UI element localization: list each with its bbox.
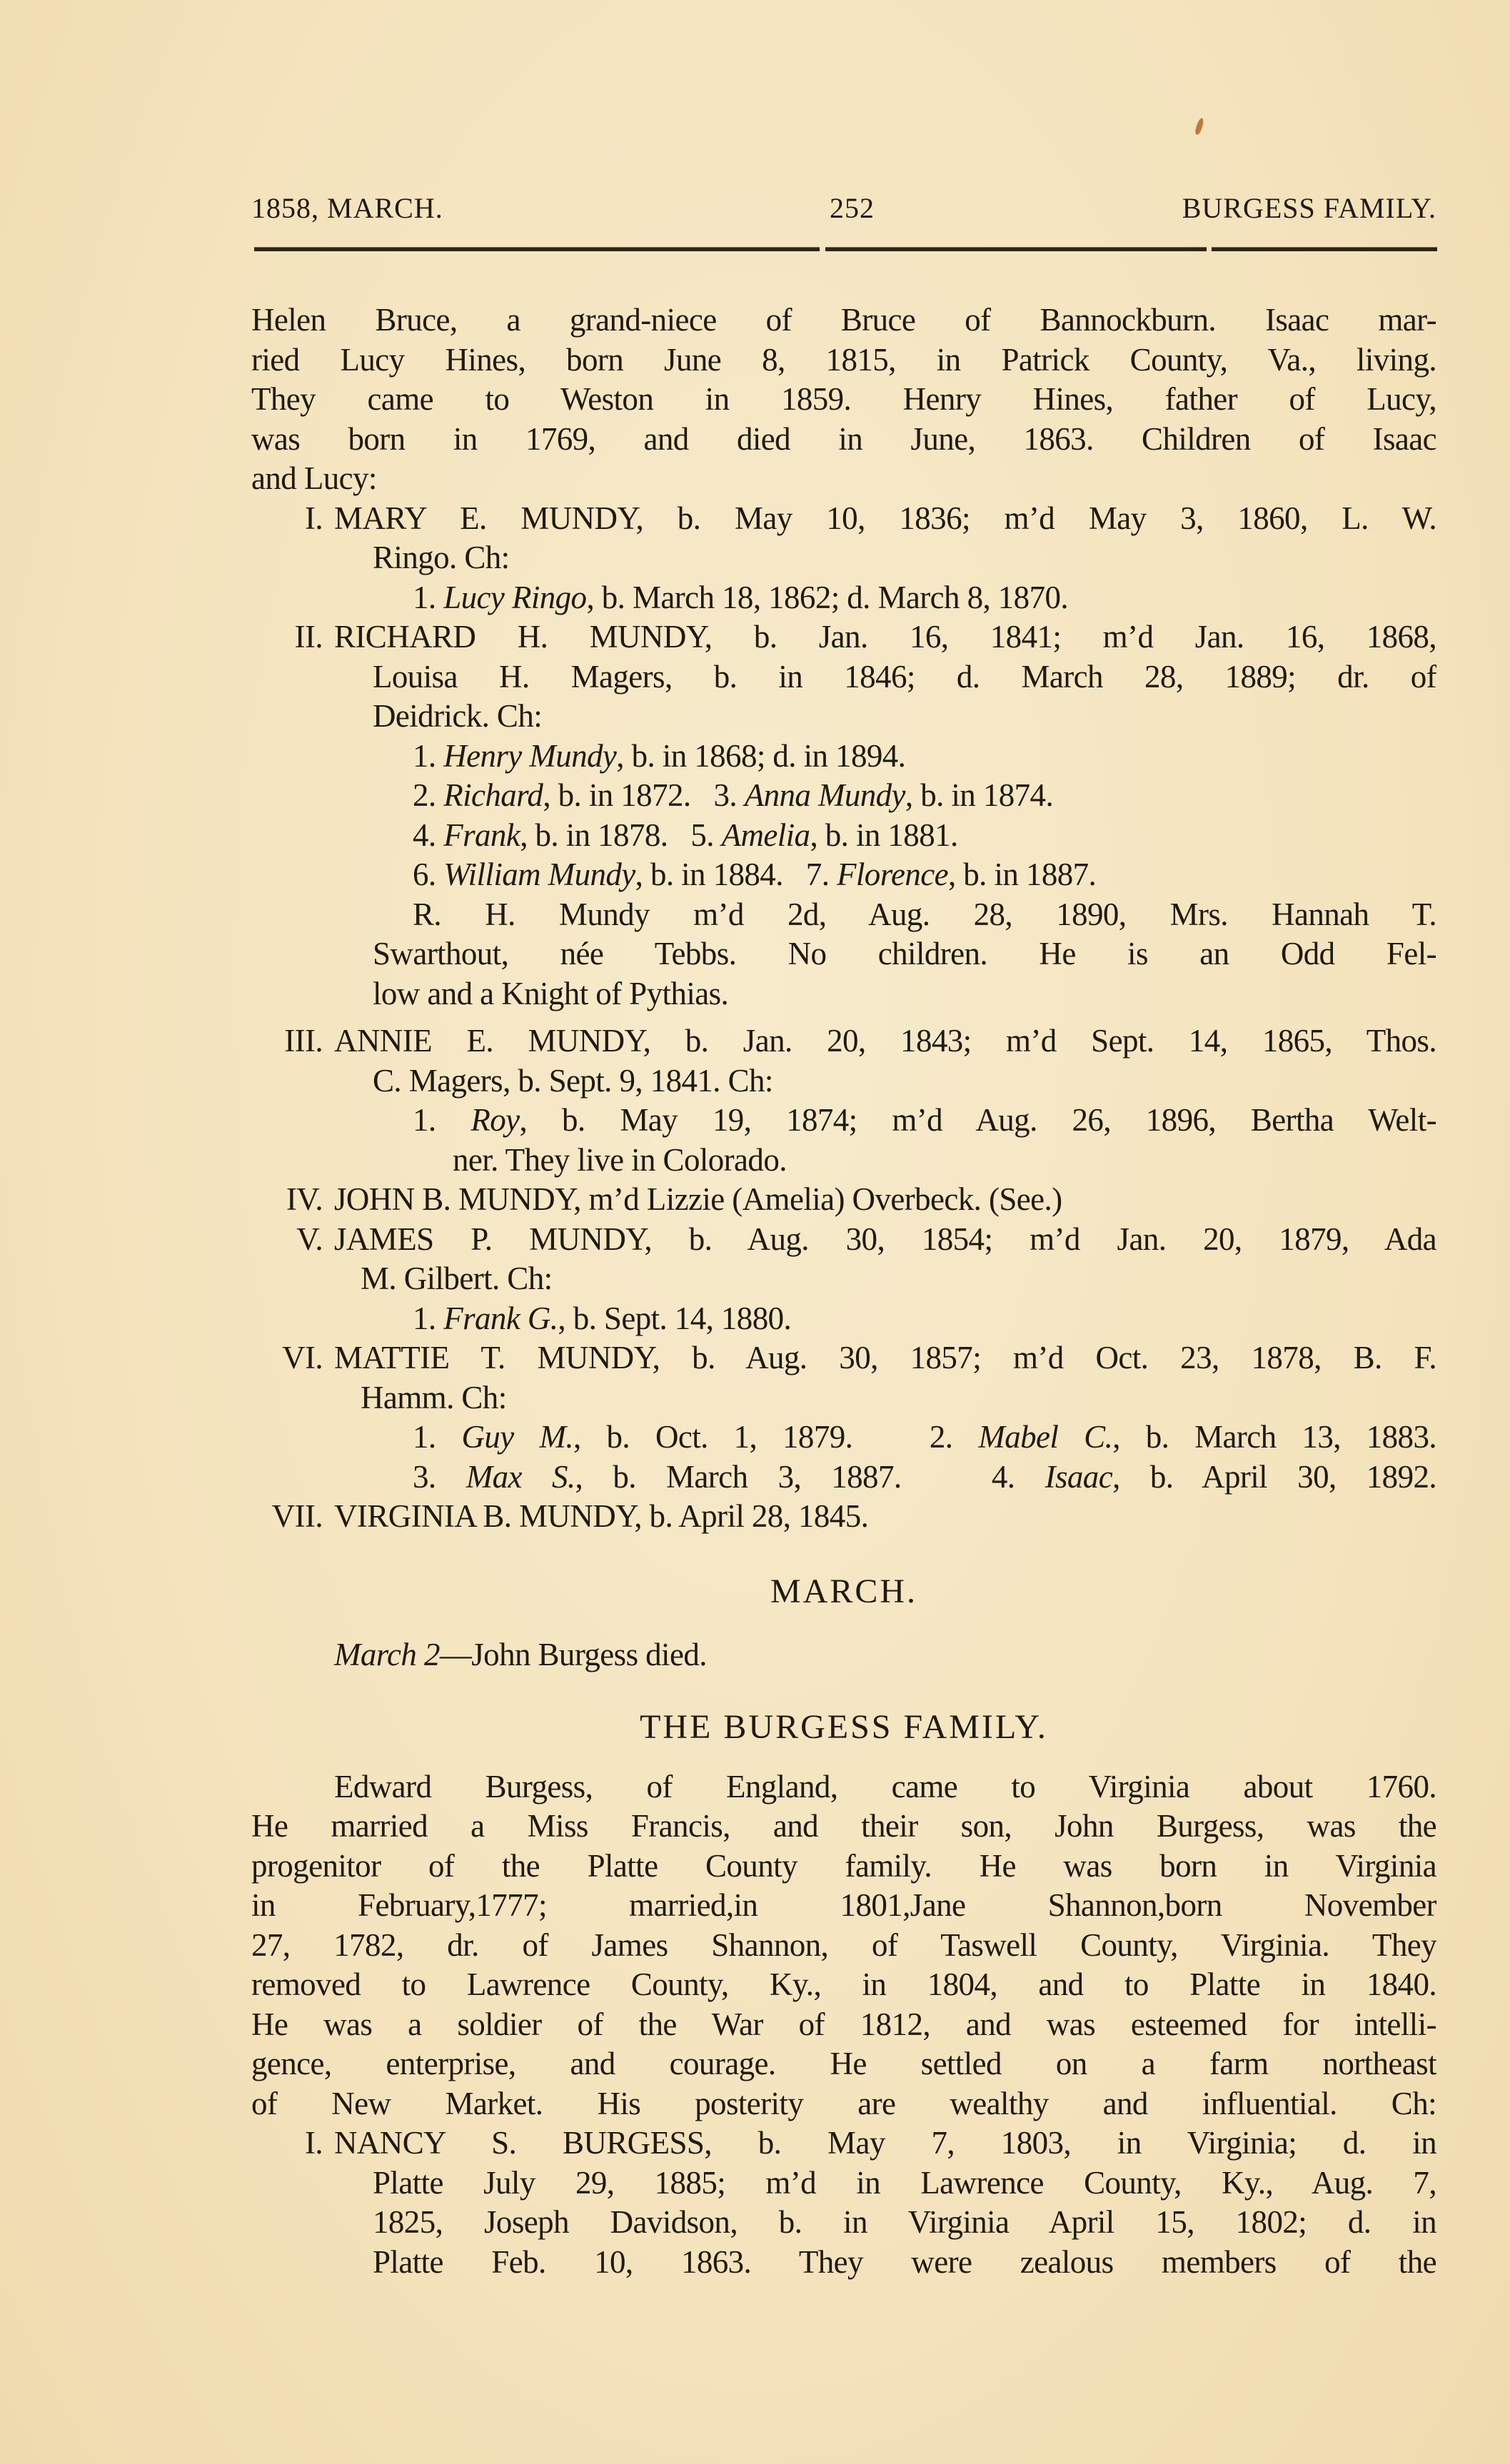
- text-line: JOHN B. MUNDY, m’d Lizzie (Amelia) Overb…: [334, 1179, 1062, 1219]
- running-head: 1858, MARCH. 252 BURGESS FAMILY.: [251, 191, 1436, 231]
- child-entry: 1. Lucy Ringo, b. March 18, 1862; d. Mar…: [413, 577, 1068, 617]
- header-rule: [1212, 247, 1437, 251]
- roman-numeral: I.: [251, 2123, 323, 2163]
- text-line: removed to Lawrence County, Ky., in 1804…: [251, 1964, 1436, 2004]
- roman-numeral: I.: [251, 498, 323, 538]
- text-line: VIRGINIA B. MUNDY, b. April 28, 1845.: [334, 1496, 868, 1536]
- text-line: ried Lucy Hines, born June 8, 1815, in P…: [251, 340, 1436, 380]
- text-line: ANNIE E. MUNDY, b. Jan. 20, 1843; m’d Se…: [334, 1021, 1436, 1061]
- page-number: 252: [830, 191, 875, 225]
- text-line: Swarthout, née Tebbs. No children. He is…: [373, 934, 1436, 974]
- section-heading-march: MARCH.: [251, 1570, 1436, 1613]
- roman-numeral: II.: [251, 617, 323, 657]
- text-line: 27, 1782, dr. of James Shannon, of Taswe…: [251, 1925, 1436, 1965]
- section-heading-burgess: THE BURGESS FAMILY.: [251, 1706, 1436, 1749]
- roman-numeral: IV.: [236, 1179, 323, 1219]
- text-line: Edward Burgess, of England, came to Virg…: [334, 1767, 1436, 1807]
- text-line: Louisa H. Magers, b. in 1846; d. March 2…: [373, 657, 1436, 697]
- text-line: C. Magers, b. Sept. 9, 1841. Ch:: [373, 1061, 773, 1101]
- child-entry: 2. Richard, b. in 1872. 3. Anna Mundy, b…: [413, 775, 1053, 815]
- child-entry: 1. Guy M., b. Oct. 1, 1879. 2. Mabel C.,…: [413, 1417, 1436, 1457]
- running-head-right: BURGESS FAMILY.: [1182, 191, 1436, 225]
- text-line: Platte Feb. 10, 1863. They were zealous …: [373, 2242, 1436, 2282]
- roman-numeral: VII.: [236, 1496, 323, 1536]
- roman-numeral: VI.: [236, 1338, 323, 1378]
- text-line: Helen Bruce, a grand-niece of Bruce of B…: [251, 300, 1436, 340]
- text-line: in February,1777; married,in 1801,Jane S…: [251, 1885, 1436, 1925]
- text-line: RICHARD H. MUNDY, b. Jan. 16, 1841; m’d …: [334, 617, 1436, 657]
- text-line: gence, enterprise, and courage. He settl…: [251, 2044, 1436, 2084]
- text-line: Ringo. Ch:: [373, 537, 510, 577]
- text-line: JAMES P. MUNDY, b. Aug. 30, 1854; m’d Ja…: [334, 1219, 1436, 1259]
- text-line: low and a Knight of Pythias.: [373, 974, 728, 1014]
- text-line: and Lucy:: [251, 458, 377, 498]
- book-page: 1858, MARCH. 252 BURGESS FAMILY. Helen B…: [0, 0, 1510, 2464]
- text-line: of New Market. His posterity are wealthy…: [251, 2084, 1436, 2124]
- roman-numeral: III.: [236, 1021, 323, 1061]
- header-rule: [825, 247, 1207, 251]
- text-line: MARY E. MUNDY, b. May 10, 1836; m’d May …: [334, 498, 1436, 538]
- paper-stain: [1194, 117, 1204, 135]
- text-line: Hamm. Ch:: [361, 1378, 507, 1418]
- roman-numeral: V.: [236, 1219, 323, 1259]
- child-entry: 1. Frank G., b. Sept. 14, 1880.: [413, 1298, 791, 1338]
- running-head-left: 1858, MARCH.: [251, 191, 443, 225]
- text-line: ner. They live in Colorado.: [453, 1140, 787, 1180]
- text-line: Deidrick. Ch:: [373, 696, 542, 736]
- child-entry: 1. Henry Mundy, b. in 1868; d. in 1894.: [413, 736, 905, 776]
- text-line: M. Gilbert. Ch:: [361, 1258, 553, 1298]
- text-line: was born in 1769, and died in June, 1863…: [251, 419, 1436, 459]
- child-entry: 3. Max S., b. March 3, 1887. 4. Isaac, b…: [413, 1457, 1436, 1497]
- text-line: R. H. Mundy m’d 2d, Aug. 28, 1890, Mrs. …: [413, 894, 1436, 934]
- text-line: He married a Miss Francis, and their son…: [251, 1806, 1436, 1846]
- text-line: MATTIE T. MUNDY, b. Aug. 30, 1857; m’d O…: [334, 1338, 1436, 1378]
- header-rule: [254, 247, 820, 251]
- child-entry: 1. Roy, b. May 19, 1874; m’d Aug. 26, 18…: [413, 1100, 1436, 1140]
- text-line: They came to Weston in 1859. Henry Hines…: [251, 379, 1436, 419]
- child-entry: 6. William Mundy, b. in 1884. 7. Florenc…: [413, 854, 1096, 894]
- text-line: progenitor of the Platte County family. …: [251, 1846, 1436, 1886]
- march-entry: March 2—John Burgess died.: [334, 1635, 707, 1675]
- text-line: NANCY S. BURGESS, b. May 7, 1803, in Vir…: [334, 2123, 1436, 2163]
- text-line: He was a soldier of the War of 1812, and…: [251, 2004, 1436, 2044]
- text-line: 1825, Joseph Davidson, b. in Virginia Ap…: [373, 2202, 1436, 2242]
- child-entry: 4. Frank, b. in 1878. 5. Amelia, b. in 1…: [413, 815, 958, 855]
- text-line: Platte July 29, 1885; m’d in Lawrence Co…: [373, 2163, 1436, 2203]
